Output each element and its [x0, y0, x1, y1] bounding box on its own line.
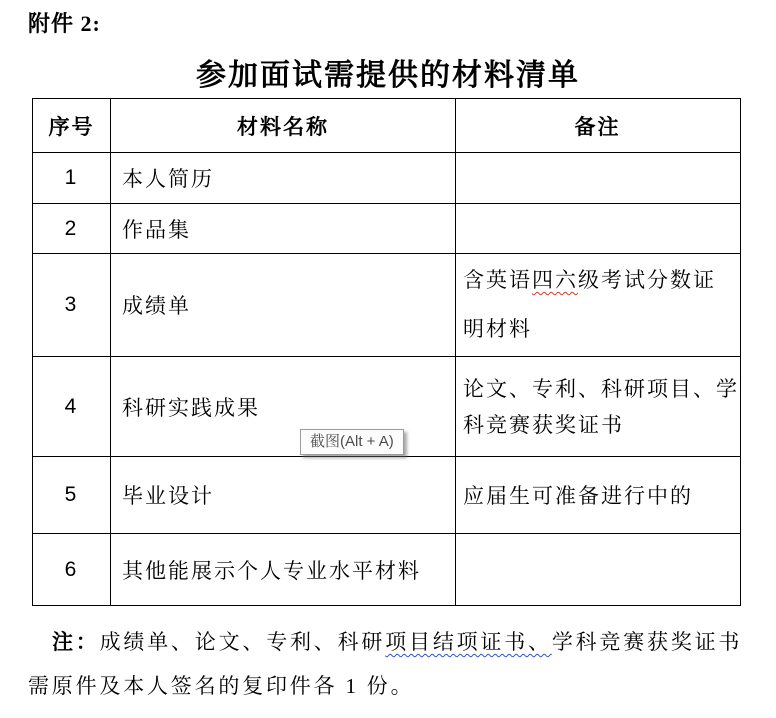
cell-no-5: 5 — [33, 457, 111, 534]
remark-text: 科竞赛获奖证书 — [463, 413, 624, 437]
table-row: 1 本人简历 — [33, 153, 741, 204]
grammar-flagged-text: 项目结项证书、 — [385, 630, 552, 654]
table-row: 6 其他能展示个人专业水平材料 — [33, 534, 741, 606]
cell-remark-5: 应届生可准备进行中的 — [456, 457, 741, 534]
cell-no-4: 4 — [33, 357, 111, 457]
header-remark: 备注 — [456, 99, 741, 153]
remark-text: 含英语 — [463, 268, 532, 292]
cell-name-6: 其他能展示个人专业水平材料 — [111, 534, 456, 606]
table-row: 5 毕业设计 应届生可准备进行中的 — [33, 457, 741, 534]
cell-remark-6 — [456, 534, 741, 606]
materials-table: 序号 材料名称 备注 1 本人简历 2 作品集 3 成绩单 含英语四六级考试分数… — [32, 98, 741, 606]
cell-remark-3: 含英语四六级考试分数证明材料 — [456, 254, 741, 357]
cell-name-5: 毕业设计 — [111, 457, 456, 534]
page-title: 参加面试需提供的材料清单 — [0, 50, 776, 94]
cell-name-1: 本人简历 — [111, 153, 456, 204]
cell-no-3: 3 — [33, 254, 111, 357]
header-material-name: 材料名称 — [111, 99, 456, 153]
cell-remark-4: 论文、专利、科研项目、学科竞赛获奖证书 — [456, 357, 741, 457]
cell-no-6: 6 — [33, 534, 111, 606]
cell-name-2: 作品集 — [111, 204, 456, 254]
screenshot-shortcut-tooltip: 截图(Alt + A) — [300, 429, 404, 455]
cell-no-1: 1 — [33, 153, 111, 204]
spellcheck-flagged-text: 四六 — [532, 268, 578, 292]
footnote-line-2: 需原件及本人签名的复印件各 1 份。 — [28, 664, 752, 708]
footnote-text: 学科竞赛获奖证书 — [552, 630, 742, 654]
cell-remark-1 — [456, 153, 741, 204]
cell-name-3: 成绩单 — [111, 254, 456, 357]
table-row: 2 作品集 — [33, 204, 741, 254]
cell-no-2: 2 — [33, 204, 111, 254]
cell-remark-2 — [456, 204, 741, 254]
footnote-text: 成绩单、论文、专利、科研 — [100, 630, 386, 654]
attachment-label: 附件 2: — [28, 7, 101, 38]
header-no: 序号 — [33, 99, 111, 153]
table-header-row: 序号 材料名称 备注 — [33, 99, 741, 153]
remark-text: 级考试分数证 — [578, 268, 716, 292]
remark-text: 论文、专利、科研项目、学 — [463, 377, 739, 401]
table-row: 3 成绩单 含英语四六级考试分数证明材料 — [33, 254, 741, 357]
remark-text: 明材料 — [463, 317, 532, 341]
footnote-line-1: 注：成绩单、论文、专利、科研项目结项证书、学科竞赛获奖证书 — [28, 620, 752, 664]
footnote: 注：成绩单、论文、专利、科研项目结项证书、学科竞赛获奖证书 需原件及本人签名的复… — [28, 620, 752, 708]
footnote-prefix: 注： — [52, 630, 100, 654]
